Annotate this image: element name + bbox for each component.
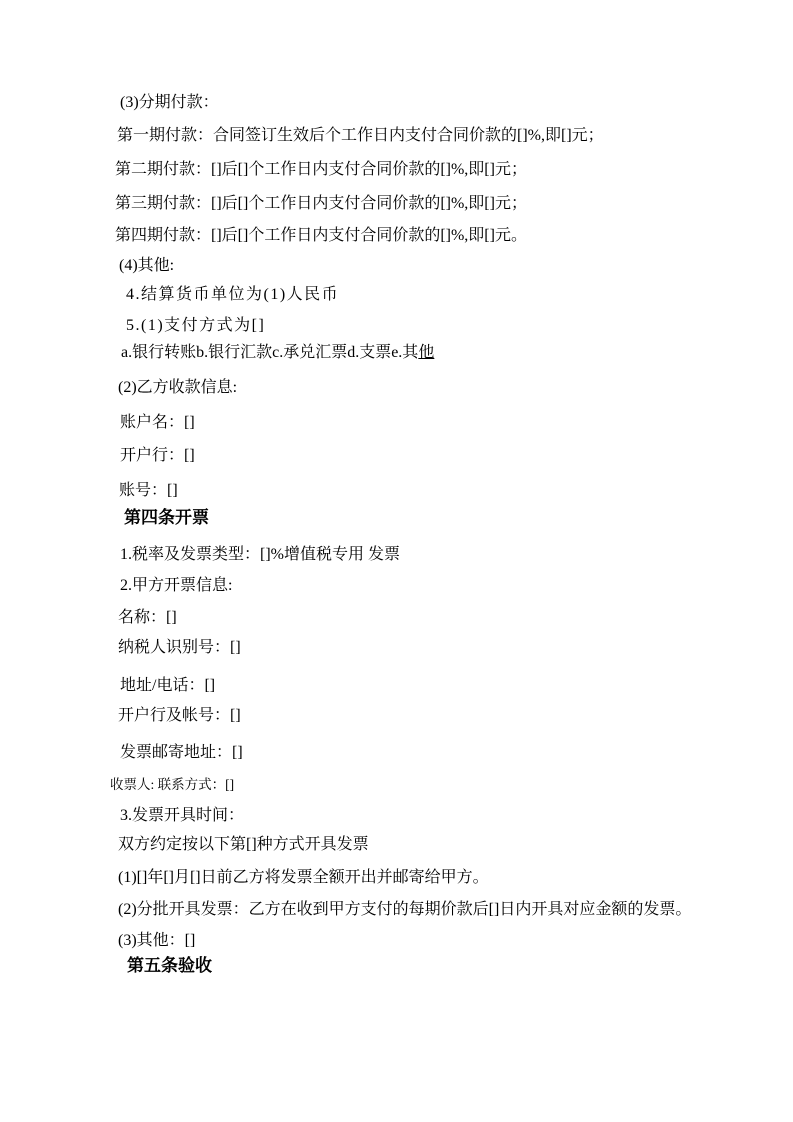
line-party-a-invoice-info: 2.甲方开票信息: [120, 575, 773, 597]
payment-method-options-underlined: 他 [418, 344, 434, 361]
line-account-number: 账号：[] [119, 480, 773, 502]
payment-method-options-text: a.银行转账b.银行汇款c.承兑汇票d.支票e.其 [121, 344, 418, 361]
line-account-name: 账户名：[] [120, 412, 773, 434]
heading-article-4-invoicing: 第四条开票 [124, 507, 773, 529]
line-invoice-issue-method: 双方约定按以下第[]种方式开具发票 [118, 834, 773, 856]
line-tax-rate-invoice-type: 1.税率及发票类型：[]%增值税专用 发票 [120, 544, 773, 566]
line-second-installment: 第二期付款：[]后[]个工作日内支付合同价款的[]%,即[]元； [115, 159, 773, 181]
line-fourth-installment: 第四期付款：[]后[]个工作日内支付合同价款的[]%,即[]元。 [115, 225, 773, 247]
line-invoice-method-2: (2)分批开具发票：乙方在收到甲方支付的每期价款后[]日内开具对应金额的发票。 [118, 899, 773, 921]
line-payment-method-options: a.银行转账b.银行汇款c.承兑汇票d.支票e.其他 [121, 342, 773, 364]
line-payment-method: 5.(1)支付方式为[] [126, 315, 773, 337]
line-bank-name: 开户行：[] [120, 445, 773, 467]
line-settlement-currency: 4.结算货币单位为(1)人民币 [126, 284, 773, 306]
line-invoice-recipient-contact: 收票人: 联系方式：[] [110, 774, 773, 796]
line-invoice-method-3-other: (3)其他：[] [118, 930, 773, 952]
line-installment-payment-label: (3)分期付款： [120, 92, 773, 114]
line-party-b-payee-info: (2)乙方收款信息: [118, 377, 773, 399]
line-other-under-payment: (4)其他: [119, 255, 773, 277]
line-first-installment: 第一期付款：合同签订生效后个工作日内支付合同价款的[]%,即[]元； [117, 125, 773, 147]
line-bank-and-account: 开户行及帐号：[] [118, 705, 773, 727]
line-third-installment: 第三期付款：[]后[]个工作日内支付合同价款的[]%,即[]元； [115, 193, 773, 215]
line-address-phone: 地址/电话：[] [120, 675, 773, 697]
line-invoice-method-1: (1)[]年[]月[]日前乙方将发票全额开出并邮寄给甲方。 [118, 867, 773, 889]
line-taxpayer-id: 纳税人识别号：[] [118, 637, 773, 659]
line-invoice-mailing-address: 发票邮寄地址：[] [120, 742, 773, 764]
line-invoice-name: 名称：[] [118, 607, 773, 629]
heading-article-5-acceptance: 第五条验收 [127, 955, 773, 977]
document-page: (3)分期付款： 第一期付款：合同签订生效后个工作日内支付合同价款的[]%,即[… [0, 0, 793, 1122]
line-invoice-issue-time: 3.发票开具时间： [120, 805, 773, 827]
